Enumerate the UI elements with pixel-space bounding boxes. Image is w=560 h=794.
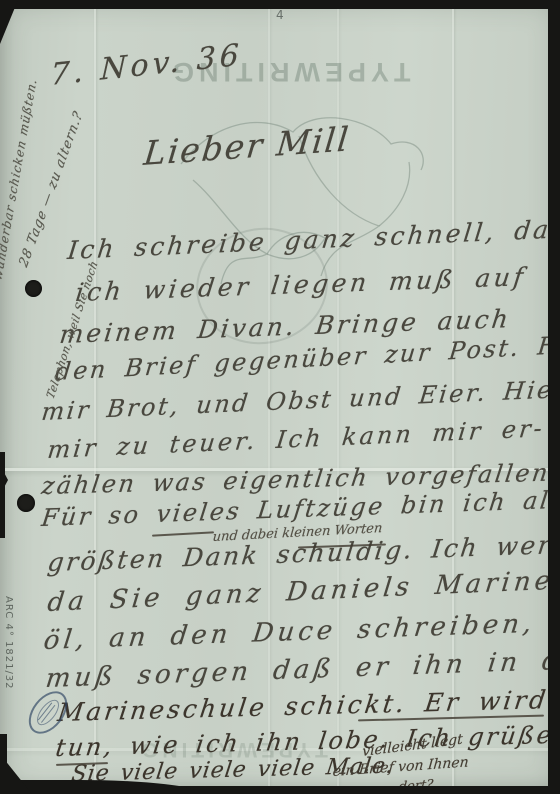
scan-edge-left-sliver (0, 452, 5, 538)
scan-edge-right (548, 0, 560, 794)
punch-hole (25, 280, 42, 297)
scan-edge-left-sliver (0, 734, 7, 794)
scanned-letter-page: TYPEWRITING TYPEWRITING 7. Nov. 36 Liebe… (0, 0, 560, 794)
library-stamp-inner-ring (33, 696, 63, 729)
archival-reference: ARC 4° 1821/32 (3, 596, 14, 690)
punch-hole (17, 494, 35, 512)
scan-edge-top (0, 0, 560, 9)
pencil-page-number: 4 (276, 8, 284, 22)
